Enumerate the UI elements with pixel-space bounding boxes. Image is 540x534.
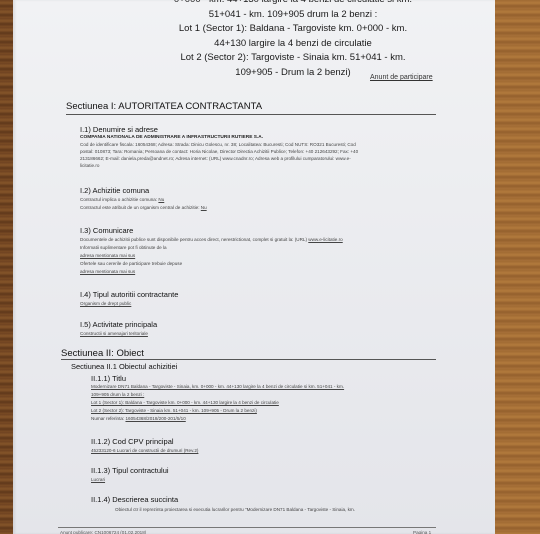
info-value-link[interactable]: adresa mentionata mai sus <box>80 252 135 259</box>
authority-type-value: Organism de drept public <box>80 300 131 307</box>
title-line: 0+000 - km. 44+130 largire la 4 benzi de… <box>163 0 423 8</box>
offers-label: Ofertele sau cererile de participare tre… <box>80 260 182 267</box>
docs-url-link[interactable]: www.e-licitatie.ro <box>308 237 342 242</box>
title-line: 109+905 drum la 2 benzi : <box>91 391 144 398</box>
offers-value-link[interactable]: adresa mentionata mai sus <box>80 268 135 275</box>
title-line: Lot 1 (Sector 1): Baldana - Targoviste k… <box>163 22 423 37</box>
contract-type-value: Lucrari <box>91 476 105 483</box>
field-label: Numar referinta: <box>91 416 125 421</box>
section-2-heading: Sectiunea II: Obiect <box>61 348 144 359</box>
title-line: 51+041 - km. 109+905 drum la 2 benzi : <box>163 8 423 23</box>
address-line: licitatie.ro <box>80 162 99 169</box>
section-1-rule <box>66 114 436 115</box>
title-line: Lot 2 (Sector 2): Targoviste - Sinaia km… <box>163 51 423 66</box>
address-line: 213186662; E-mail: daniela.preda@andnet.… <box>80 155 351 162</box>
wooden-table-left <box>0 0 13 534</box>
printed-page: 0+000 - km. 44+130 largire la 4 benzi de… <box>13 0 495 534</box>
info-label: Informatii suplimentare pot fi obtinute … <box>80 244 167 251</box>
address-line: Cod de identificare fiscala: 16054368; A… <box>80 141 356 148</box>
s1-4-heading: I.4) Tipul autoritii contractante <box>80 290 178 299</box>
section-1-heading: Sectiunea I: AUTORITATEA CONTRACTANTA <box>66 101 262 112</box>
footer-publication: Anunt publicare: CN1006724 (01.02.2018) <box>60 530 146 534</box>
s1-1-heading: I.1) Denumire si adrese <box>80 125 158 134</box>
s2-1-2-heading: II.1.2) Cod CPV principal <box>91 437 174 446</box>
field-value: Nu <box>201 205 207 210</box>
reference-number: 16054368/2018/200-201/5/10 <box>125 416 185 421</box>
wooden-table-right <box>495 0 540 534</box>
s2-1-3-heading: II.1.3) Tipul contractului <box>91 466 169 475</box>
field-label: Contractul implica o achizitie comuna: <box>80 197 158 202</box>
address-line: postal: 010873; Tara: Romania; Persoana … <box>80 148 358 155</box>
reference-number-line: Numar referinta: 16054368/2018/200-201/5… <box>91 415 186 422</box>
s2-1-1-heading: II.1.1) Titlu <box>91 374 126 383</box>
lot-1-line: Lot 1 (Sector 1): Baldana - Targoviste k… <box>91 399 279 406</box>
field-label: Documentele de achizitii publice sunt di… <box>80 237 308 242</box>
short-description: Obiectul ctr il reprezinta proiectarea s… <box>115 506 355 513</box>
footer-page-number: Pagina 1 <box>413 530 431 534</box>
joint-procurement-line: Contractul implica o achizitie comuna: N… <box>80 196 164 203</box>
title-line: 44+130 largire la 4 benzi de circulatie <box>163 37 423 52</box>
title-line: Modernizare DN71 Baldana - Targoviste - … <box>91 383 344 390</box>
field-value: Nu <box>158 197 164 202</box>
entity-name: COMPANIA NATIONALA DE ADMINISTRARE A INF… <box>80 134 263 141</box>
document-title: 0+000 - km. 44+130 largire la 4 benzi de… <box>163 0 423 80</box>
s1-2-heading: I.2) Achizitie comuna <box>80 186 149 195</box>
central-body-line: Contractul este atribuit de un organism … <box>80 204 207 211</box>
field-label: Contractul este atribuit de un organism … <box>80 205 201 210</box>
notice-type-link[interactable]: Anunt de participare <box>370 74 433 81</box>
section-2-rule <box>61 359 436 360</box>
main-activity-value: Constructii si amenajari teritoriale <box>80 330 148 337</box>
footer-rule <box>58 527 436 528</box>
cpv-code-value: 45233120-6 Lucrari de constructii de dru… <box>91 447 198 454</box>
section-2-1-heading: Sectiunea II.1 Obiectul achizitiei <box>71 362 177 371</box>
lot-2-line: Lot 2 (Sector 2): Targoviste - Sinaia km… <box>91 407 257 414</box>
s1-3-heading: I.3) Comunicare <box>80 226 133 235</box>
documents-line: Documentele de achizitii publice sunt di… <box>80 236 343 243</box>
s1-5-heading: I.5) Activitate principala <box>80 320 157 329</box>
s2-1-4-heading: II.1.4) Descrierea succinta <box>91 495 178 504</box>
